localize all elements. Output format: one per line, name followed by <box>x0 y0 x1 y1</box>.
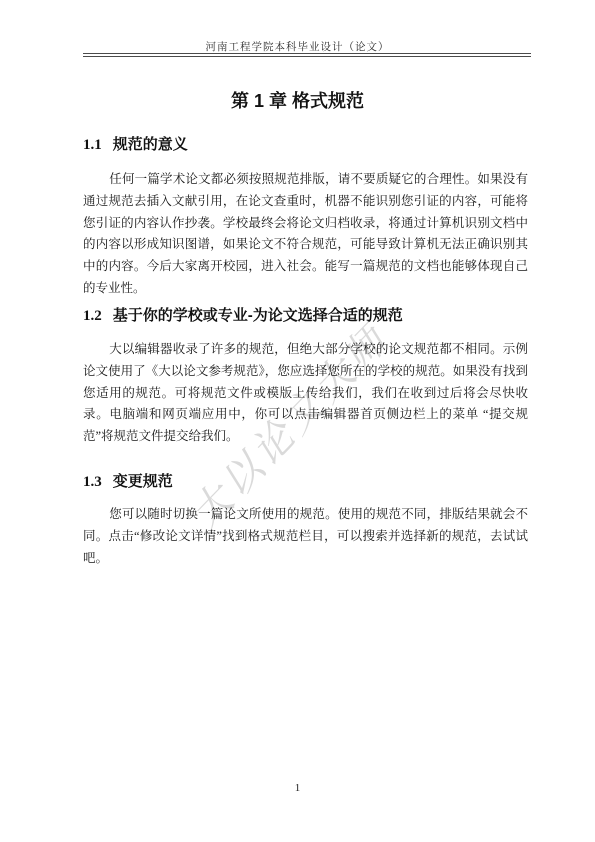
section-number: 1.3 <box>83 474 102 490</box>
page-number: 1 <box>0 782 595 794</box>
section-number: 1.1 <box>83 137 102 153</box>
section-heading-1-3: 1.3变更规范 <box>83 473 173 491</box>
section-title: 基于你的学校或专业-为论文选择合适的规范 <box>113 307 403 324</box>
section-heading-1-2: 1.2基于你的学校或专业-为论文选择合适的规范 <box>83 307 403 325</box>
section-title: 变更规范 <box>113 473 173 490</box>
section-number: 1.2 <box>83 308 102 324</box>
header-rule <box>83 53 531 57</box>
page-header-text: 河南工程学院本科毕业设计（论文） <box>0 39 595 54</box>
section-heading-1-1: 1.1规范的意义 <box>83 136 188 154</box>
section-title: 规范的意义 <box>113 136 188 153</box>
paragraph: 任何一篇学术论文都必须按照规范排版，请不要质疑它的合理性。如果没有通过规范去插入… <box>83 169 528 300</box>
paragraph: 您可以随时切换一篇论文所使用的规范。使用的规范不同，排版结果就会不同。点击“修改… <box>83 504 528 569</box>
document-page: 大以论文大师 河南工程学院本科毕业设计（论文） 第 1 章 格式规范 1.1规范… <box>0 0 595 842</box>
paragraph: 大以编辑器收录了许多的规范，但绝大部分学校的论文规范都不相同。示例论文使用了《大… <box>83 339 528 448</box>
chapter-title: 第 1 章 格式规范 <box>0 90 595 112</box>
